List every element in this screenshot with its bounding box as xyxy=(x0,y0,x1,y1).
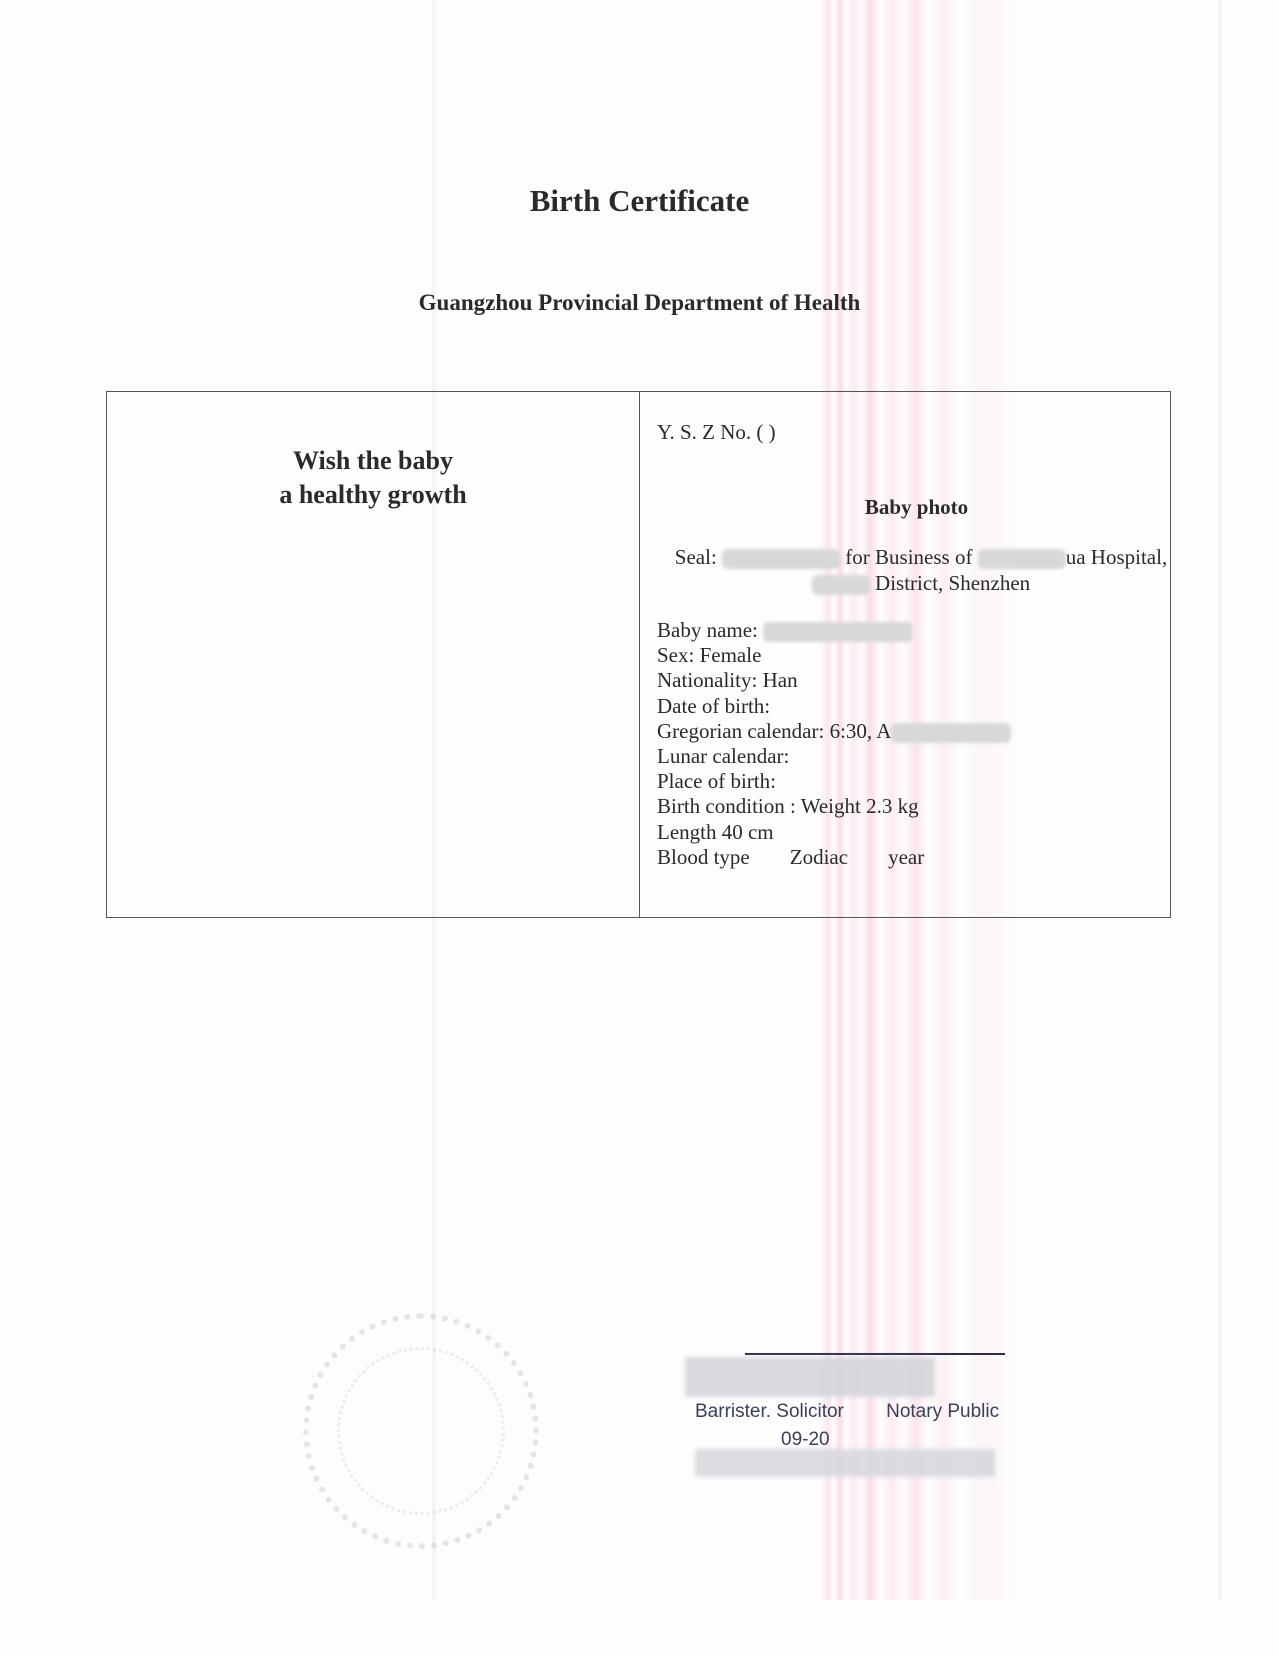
greeting-line-1: Wish the baby xyxy=(107,444,639,478)
seal-prefix: Seal: xyxy=(675,545,717,569)
redacted-text xyxy=(978,549,1066,569)
redacted-text xyxy=(812,575,870,595)
serial-number: Y. S. Z No. ( ) xyxy=(657,420,776,445)
field-place-of-birth: Place of birth: xyxy=(657,769,1011,794)
document-title: Birth Certificate xyxy=(0,183,1279,219)
field-sex: Sex: Female xyxy=(657,643,1011,668)
field-gregorian: Gregorian calendar: 6:30, A xyxy=(657,719,1011,744)
redacted-text xyxy=(722,549,840,569)
notary-id: 09-20 xyxy=(781,1429,830,1451)
field-lunar: Lunar calendar: xyxy=(657,744,1011,769)
certificate-table: Wish the baby a healthy growth Y. S. Z N… xyxy=(106,391,1171,918)
field-blood-zodiac-year: Blood typeZodiacyear xyxy=(657,845,1011,870)
redacted-text xyxy=(891,723,1011,743)
notary-title: Barrister. Solicitor Notary Public xyxy=(695,1401,999,1423)
hospital-seal: Seal: for Business of ua Hospital, Distr… xyxy=(671,544,1171,596)
signature-line xyxy=(745,1353,1005,1355)
seal-middle: for Business of xyxy=(845,545,972,569)
redacted-signature xyxy=(685,1357,935,1397)
embossed-seal-stamp xyxy=(303,1313,539,1549)
greeting-line-2: a healthy growth xyxy=(107,478,639,512)
seal-suffix: ua Hospital, xyxy=(1066,545,1167,569)
field-date-of-birth: Date of birth: xyxy=(657,694,1011,719)
scan-streak xyxy=(1218,0,1222,1600)
seal-line-2: District, Shenzhen xyxy=(875,571,1030,595)
notary-signature-block: Barrister. Solicitor Notary Public 09-20 xyxy=(665,1337,1025,1497)
greeting: Wish the baby a healthy growth xyxy=(107,444,639,512)
issuer-name: Guangzhou Provincial Department of Healt… xyxy=(0,290,1279,316)
birth-details: Baby name: Sex: Female Nationality: Han … xyxy=(657,618,1011,870)
baby-photo-placeholder: Baby photo xyxy=(651,495,1182,520)
field-length: Length 40 cm xyxy=(657,820,1011,845)
column-divider xyxy=(639,392,640,917)
field-birth-condition: Birth condition : Weight 2.3 kg xyxy=(657,794,1011,819)
redacted-text xyxy=(763,622,913,642)
field-baby-name: Baby name: xyxy=(657,618,1011,643)
field-nationality: Nationality: Han xyxy=(657,668,1011,693)
redacted-address xyxy=(695,1449,995,1477)
